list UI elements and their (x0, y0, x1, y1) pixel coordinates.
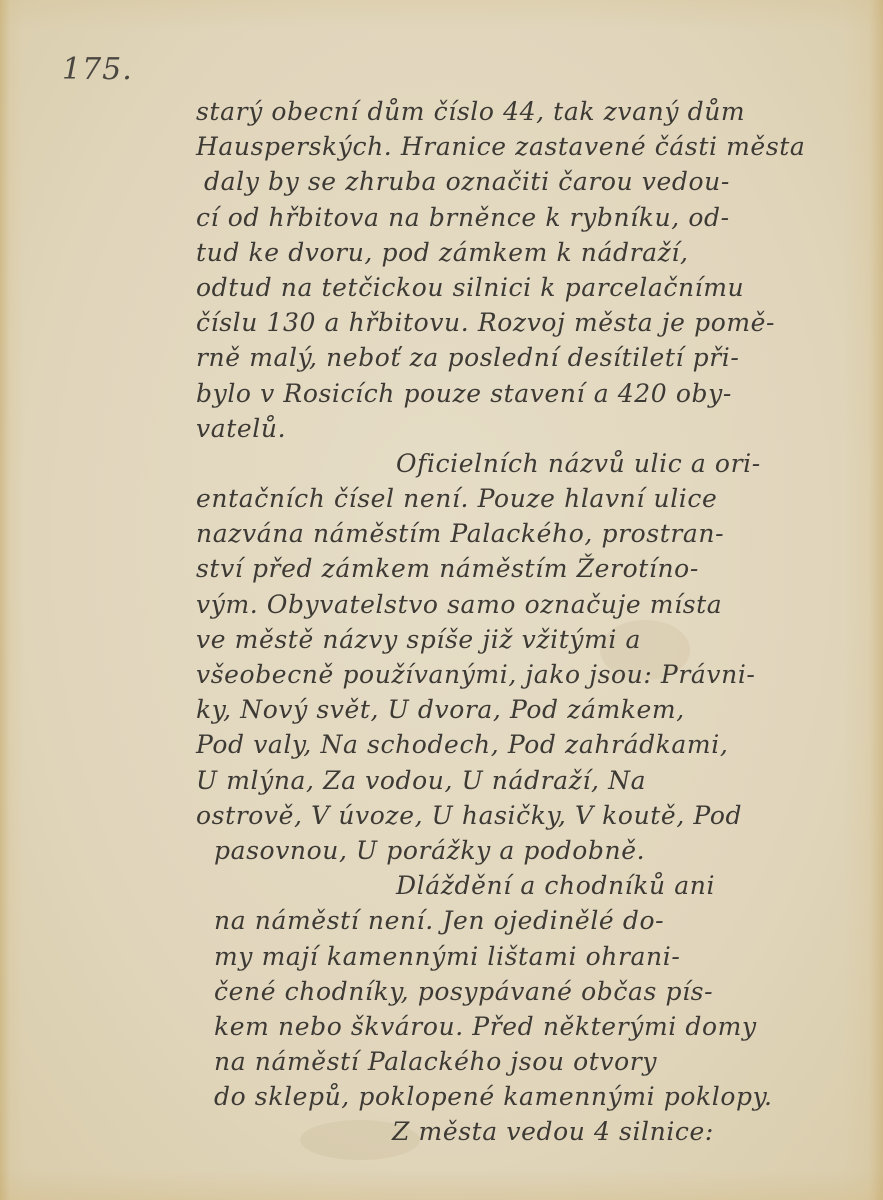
paragraph-start-line: Dláždění a chodníků ani (196, 868, 856, 903)
text-line: odtud na tetčickou silnici k parcelačním… (196, 270, 856, 305)
text-line: Hausperských. Hranice zastavené části mě… (196, 129, 856, 164)
text-line: entačních čísel není. Pouze hlavní ulice (196, 481, 856, 516)
text-line: vatelů. (196, 411, 856, 446)
text-line: kem nebo škvárou. Před některými domy (196, 1009, 856, 1044)
text-line: ve městě názvy spíše již vžitými a (196, 622, 856, 657)
text-line: ství před zámkem náměstím Žerotíno- (196, 551, 856, 586)
text-line: nazvána náměstím Palackého, prostran- (196, 516, 856, 551)
handwritten-text: starý obecní dům číslo 44, tak zvaný dům… (196, 94, 856, 1150)
text-line: na náměstí není. Jen ojedinělé do- (196, 903, 856, 938)
text-line: daly by se zhruba označiti čarou vedou- (196, 164, 856, 199)
paragraph-start-line: Z města vedou 4 silnice: (196, 1114, 856, 1149)
text-line: pasovnou, U porážky a podobně. (196, 833, 856, 868)
page-number: 175. (62, 52, 133, 87)
text-line: my mají kamennými lištami ohrani- (196, 939, 856, 974)
text-line: do sklepů, poklopené kamennými poklopy. (196, 1079, 856, 1114)
manuscript-page: 175. starý obecní dům číslo 44, tak zvan… (0, 0, 883, 1200)
text-line: tud ke dvoru, pod zámkem k nádraží, (196, 235, 856, 270)
text-line: Pod valy, Na schodech, Pod zahrádkami, (196, 727, 856, 762)
text-line: na náměstí Palackého jsou otvory (196, 1044, 856, 1079)
text-line: všeobecně používanými, jako jsou: Právni… (196, 657, 856, 692)
paragraph-start-line: Oficielních názvů ulic a ori- (196, 446, 856, 481)
text-line: čené chodníky, posypávané občas pís- (196, 974, 856, 1009)
text-line: číslu 130 a hřbitovu. Rozvoj města je po… (196, 305, 856, 340)
text-line: ostrově, V úvoze, U hasičky, V koutě, Po… (196, 798, 856, 833)
text-line: U mlýna, Za vodou, U nádraží, Na (196, 763, 856, 798)
text-line: ky, Nový svět, U dvora, Pod zámkem, (196, 692, 856, 727)
text-line: rně malý, neboť za poslední desítiletí p… (196, 340, 856, 375)
text-line: cí od hřbitova na brněnce k rybníku, od- (196, 200, 856, 235)
text-line: starý obecní dům číslo 44, tak zvaný dům (196, 94, 856, 129)
text-line: bylo v Rosicích pouze stavení a 420 oby- (196, 376, 856, 411)
text-line: vým. Obyvatelstvo samo označuje místa (196, 587, 856, 622)
